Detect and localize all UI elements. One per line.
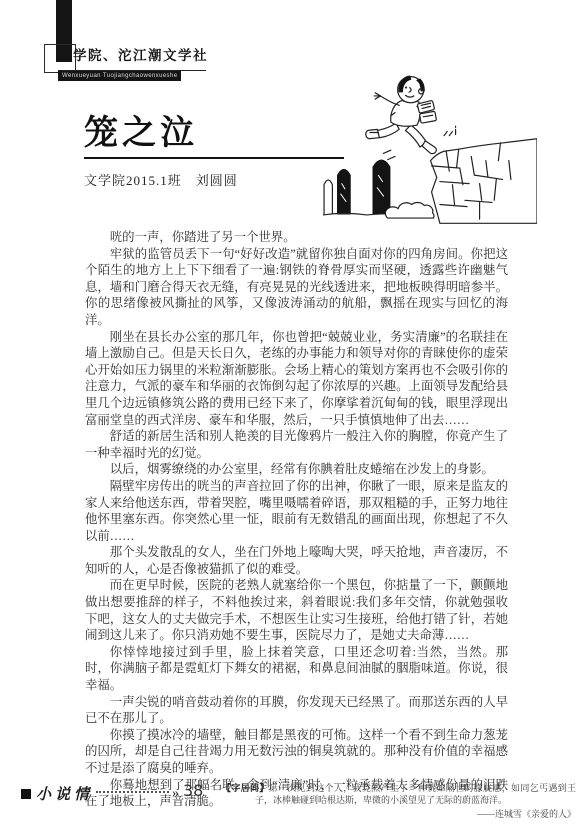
article-paragraph: 那个头发散乱的女人，坐在门外地上嚎啕大哭，呼天抢地，声音凄厉，不知听的人，心是否… <box>85 544 508 577</box>
quote-column-label: 【字居间】 <box>222 783 269 793</box>
article-title: 笼之泣 <box>84 114 384 152</box>
section-square-icon <box>21 789 31 799</box>
society-pinyin: Wenxueyuan Tuojiangchaowenxueshe <box>58 71 181 81</box>
section-label: 小说情 <box>36 783 93 804</box>
article-paragraph: 以后，烟雾缭绕的办公室里，经常有你腆着肚皮蜷缩在沙发上的身影。 <box>85 461 508 478</box>
article-paragraph: 牢狱的监管员丢下一句“好好改造”就留你独自面对你的四角房间。你把这个陌生的地方上… <box>85 246 508 329</box>
cliff-drawing <box>431 139 537 224</box>
article-paragraph: 隔壁牢房传出的咣当的声音拉回了你的出神，你瞅了一眼，原来是监友的家人来给他送东西… <box>85 478 508 544</box>
article-paragraph: 舒适的新居生活和别人艳羡的目光像鸦片一般注入你的胸膛，你竟产生了一种幸福时光的幻… <box>85 428 508 461</box>
section-arrow-icon: » <box>172 789 179 799</box>
page-footer: 小说情 » 38 【字居间】第一次见到这个人，我竟然产生了一种恍如隔世的朦胧感，… <box>0 779 586 829</box>
page-number: 38 <box>183 781 203 800</box>
article-paragraph: 你摸了摸冰冷的墙壁，触目都是黑夜的可怖。这样一个看不到生命力葱茏的囚所，却是自己… <box>85 727 508 777</box>
article-paragraph: 你悻悻地接过到手里，脸上抹着笑意，口里还念叨着:当然，当然。那时，你满脑子都是霓… <box>85 644 508 694</box>
article-byline: 文学院2015.1班 刘圆圆 <box>84 170 384 189</box>
article-paragraph: 而在更早时候，医院的老熟人就塞给你一个黑包，你掂量了一下，颤颤地做出想要推辞的样… <box>85 577 508 643</box>
dotted-leader <box>96 790 169 793</box>
section-marker: 小说情 » <box>21 783 179 804</box>
society-name: 文学院、沱江潮文学社 <box>58 44 208 64</box>
article-paragraph: 咣的一声，你踏进了另一个世界。 <box>85 229 508 246</box>
masthead: 文学院、沱江潮文学社 Wenxueyuan Tuojiangchaowenxue… <box>58 44 208 82</box>
magazine-page: 文学院、沱江潮文学社 Wenxueyuan Tuojiangchaowenxue… <box>0 0 586 840</box>
bush-drawing <box>385 203 434 219</box>
article-paragraph: 刚坐在县长办公室的那几年，你也曾把“兢兢业业，务实清廉”的名联挂在墙上激励自己。… <box>85 329 508 429</box>
title-underline <box>84 157 344 159</box>
footer-quote-column: 【字居间】第一次见到这个人，我竟然产生了一种恍如隔世的朦胧感，如同乞丐遇到王子，… <box>222 783 576 821</box>
quote-line: 【字居间】第一次见到这个人，我竟然产生了一种恍如隔世的朦胧感，如同乞丐遇到王子，… <box>222 783 576 806</box>
title-block: 笼之泣 文学院2015.1班 刘圆圆 <box>84 114 384 189</box>
article-body: 咣的一声，你踏进了另一个世界。牢狱的监管员丢下一句“好好改造”就留你独自面对你的… <box>85 229 508 810</box>
money-bundles-drawing <box>417 100 436 123</box>
article-paragraph: 一声尖锐的哨音鼓动着你的耳膜，你发现天已经黑了。而那送东西的人早已不在那儿了。 <box>85 694 508 727</box>
quote-attribution: ——连城雪《亲爱的人》 <box>222 809 576 821</box>
quote-text: 第一次见到这个人，我竟然产生了一种恍如隔世的朦胧感，如同乞丐遇到王子，冰棒触碰到… <box>255 783 576 805</box>
